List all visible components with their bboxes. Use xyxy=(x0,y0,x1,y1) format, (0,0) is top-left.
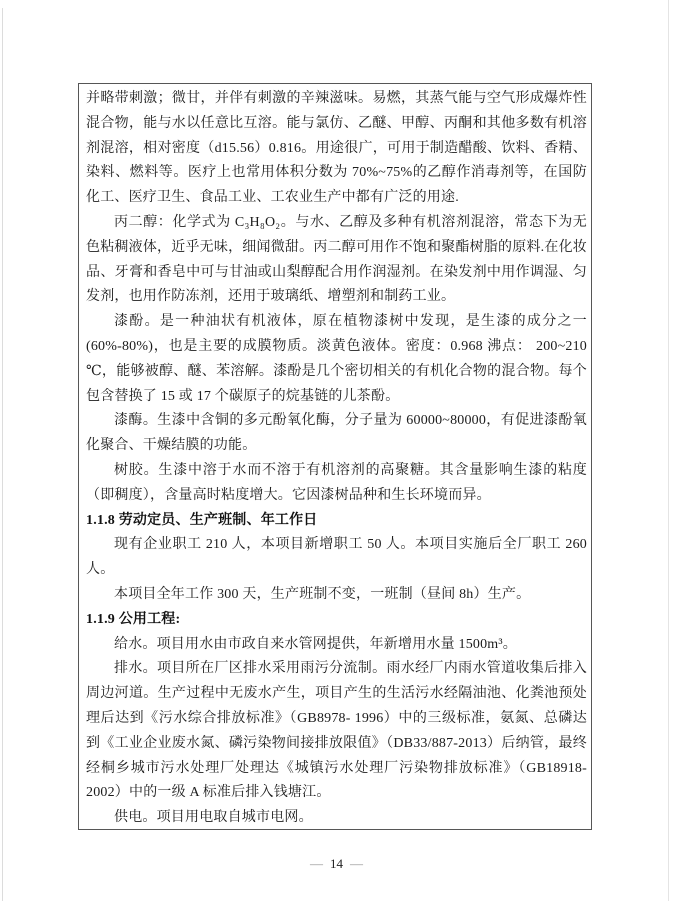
para-water-supply: 给水。项目用水由市政自来水管网提供，年新增用水量 1500m³。 xyxy=(86,633,587,658)
para-drainage: 排水。项目所在厂区排水采用雨污分流制。雨水经厂内雨水管道收集后排入周边河道。生产… xyxy=(86,657,587,806)
section-heading-1-1-9: 1.1.9 公用工程: xyxy=(86,608,587,633)
para-gum: 树胶。生漆中溶于水而不溶于有机溶剂的高聚糖。其含量影响生漆的粘度（即稠度），含量… xyxy=(86,459,587,509)
para-propylene-glycol: 丙二醇：化学式为 C₃H₈O₂。与水、乙醇及多种有机溶剂混溶，常态下为无色粘稠液… xyxy=(86,211,587,310)
para-work-schedule: 本项目全年工作 300 天，生产班制不变，一班制（昼间 8h）生产。 xyxy=(86,583,587,608)
para-laccase: 漆酶。生漆中含铜的多元酚氧化酶，分子量为 60000~80000，有促进漆酚氧化… xyxy=(86,409,587,459)
document-page: 并略带刺激；微甘，并伴有刺激的辛辣滋味。易燃，其蒸气能与空气形成爆炸性混合物，能… xyxy=(0,0,673,901)
scan-edge-right xyxy=(668,0,669,901)
scan-edge-left xyxy=(2,8,3,901)
para-ethanol-properties: 并略带刺激；微甘，并伴有刺激的辛辣滋味。易燃，其蒸气能与空气形成爆炸性混合物，能… xyxy=(86,87,587,211)
page-footer: —14— xyxy=(0,856,673,872)
section-heading-1-1-8: 1.1.8 劳动定员、生产班制、年工作日 xyxy=(86,509,587,534)
page-number: 14 xyxy=(330,856,343,871)
footer-dash-left: — xyxy=(310,856,323,871)
footer-dash-right: — xyxy=(350,856,363,871)
report-table-cell: 并略带刺激；微甘，并伴有刺激的辛辣滋味。易燃，其蒸气能与空气形成爆炸性混合物，能… xyxy=(78,83,592,830)
para-urushiol: 漆酚。是一种油状有机液体，原在植物漆树中发现，是生漆的成分之一(60%-80%)… xyxy=(86,310,587,409)
para-power-supply: 供电。项目用电取自城市电网。 xyxy=(86,806,587,830)
para-staffing: 现有企业职工 210 人，本项目新增职工 50 人。本项目实施后全厂职工 260… xyxy=(86,533,587,583)
